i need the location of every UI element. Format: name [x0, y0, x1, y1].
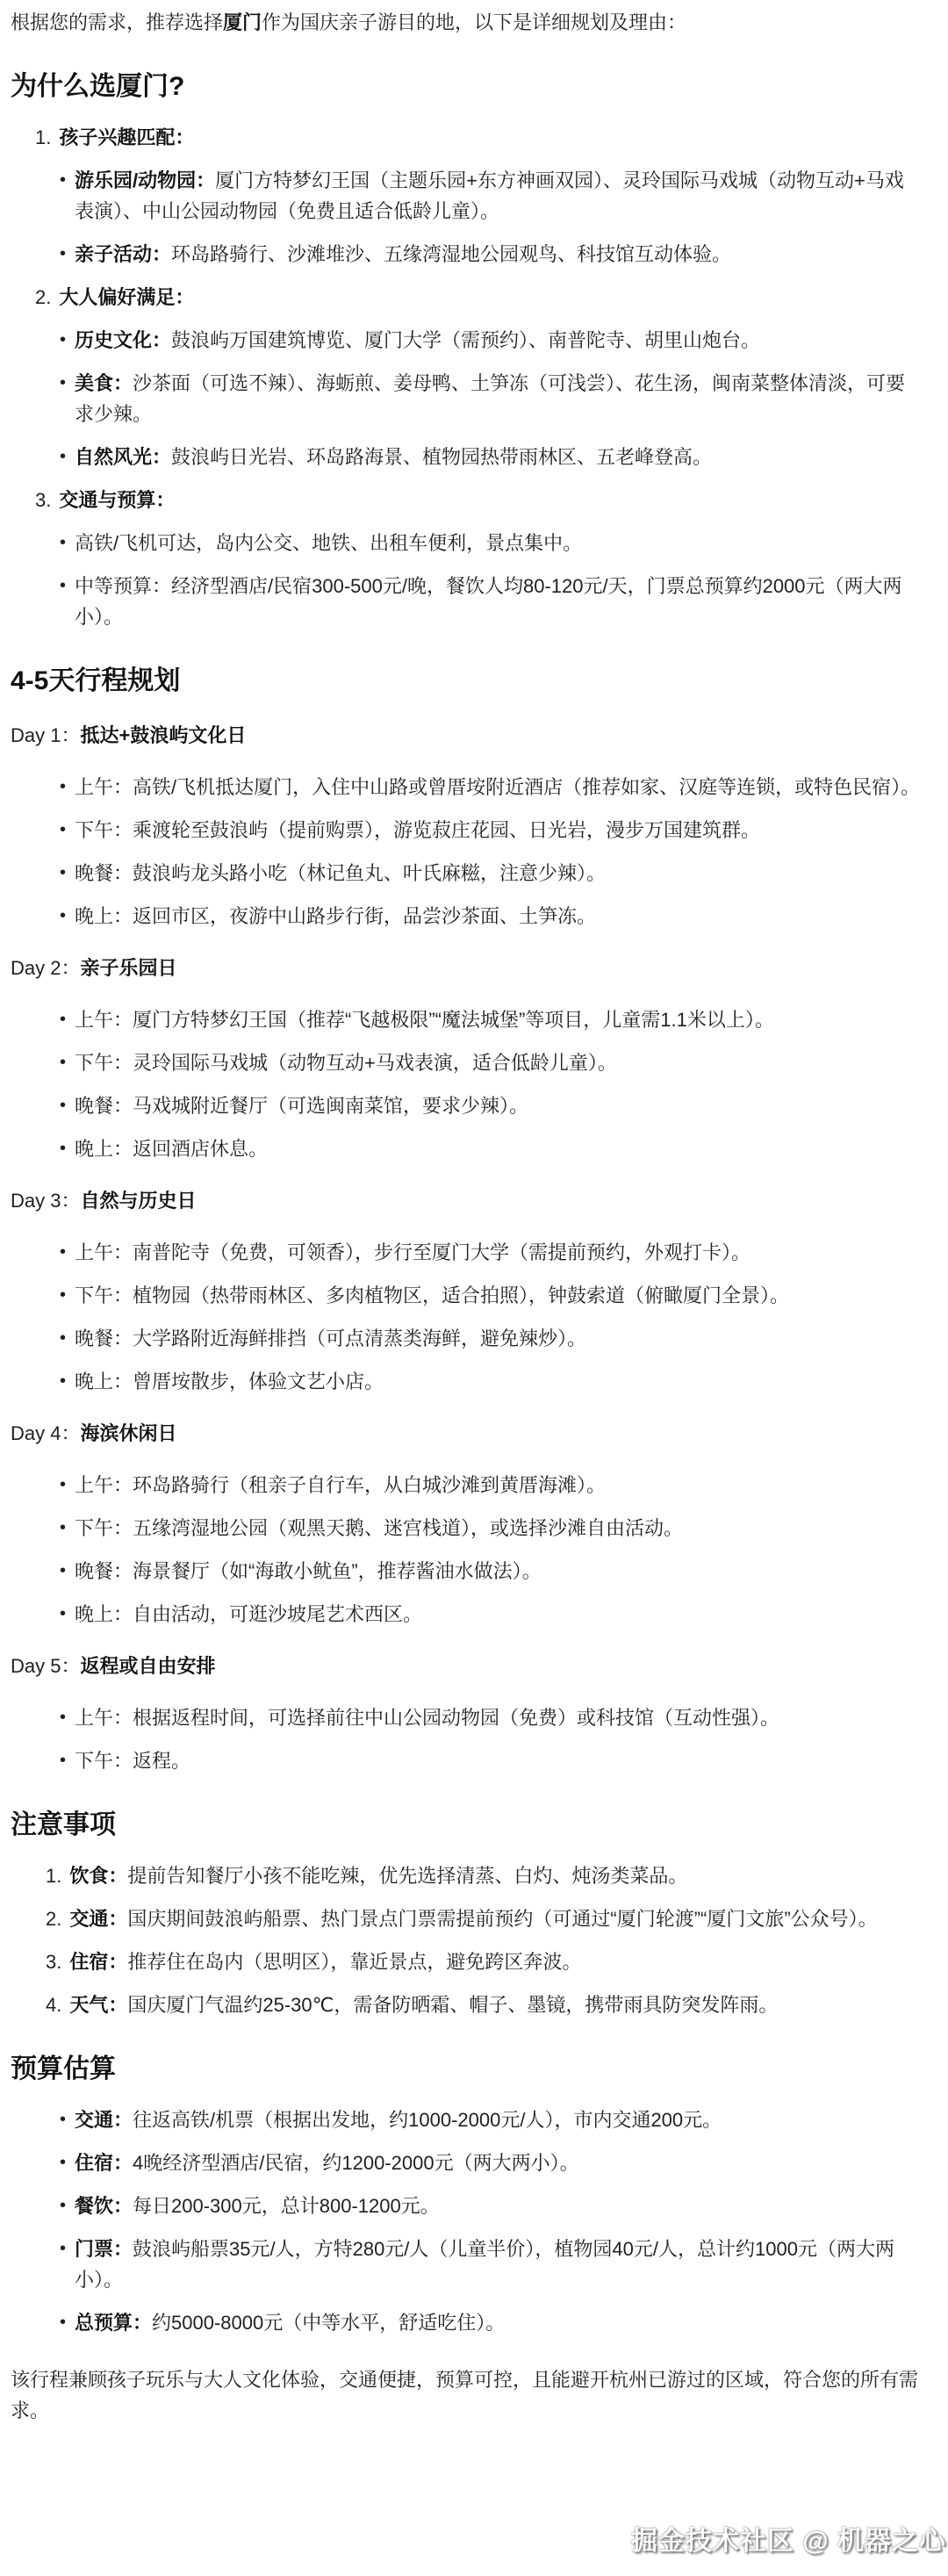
item-number: 1.: [46, 1865, 61, 1887]
why-sublist-2: 历史文化：鼓浪屿万国建筑博览、厦门大学（需预约）、南普陀寺、胡里山炮台。 美食：…: [11, 325, 922, 472]
item-text: 提前告知餐厅小孩不能吃辣，优先选择清蒸、白灼、炖汤类菜品。: [127, 1865, 687, 1887]
list-item-numbered: 1.孩子兴趣匹配：: [11, 122, 922, 153]
item-text: 上午：高铁/飞机抵达厦门，入住中山路或曾厝垵附近酒店（推荐如家、汉庭等连锁，或特…: [75, 776, 920, 798]
item-text: 下午：植物园（热带雨林区、多肉植物区，适合拍照），钟鼓索道（俯瞰厦门全景）。: [75, 1284, 789, 1306]
list-item: 高铁/飞机可达，岛内公交、地铁、出租车便利，景点集中。: [11, 528, 922, 558]
notes-list: 1.饮食：提前告知餐厅小孩不能吃辣，优先选择清蒸、白灼、炖汤类菜品。 2.交通：…: [11, 1860, 922, 2020]
item-text: 晚餐：马戏城附近餐厅（可选闽南菜馆，要求少辣）。: [75, 1095, 528, 1117]
item-text: 上午：根据返程时间，可选择前往中山公园动物园（免费）或科技馆（互动性强）。: [75, 1707, 779, 1729]
list-item: 下午：乘渡轮至鼓浪屿（提前购票），游览菽庄花园、日光岩，漫步万国建筑群。: [11, 815, 922, 845]
day-title: 自然与历史日: [80, 1190, 196, 1212]
list-item: 晚餐：马戏城附近餐厅（可选闽南菜馆，要求少辣）。: [11, 1090, 922, 1121]
list-item: 下午：五缘湾湿地公园（观黑天鹅、迷宫栈道），或选择沙滩自由活动。: [11, 1513, 922, 1543]
item-number: 4.: [46, 1994, 61, 2016]
day-number: Day 5：: [11, 1655, 80, 1677]
item-number: 2.: [46, 1908, 61, 1930]
item-text: 下午：返程。: [75, 1750, 190, 1772]
list-item-numbered: 3.住宿：推荐住在岛内（思明区），靠近景点，避免跨区奔波。: [11, 1946, 922, 1977]
day-block-5: Day 5：返程或自由安排 上午：根据返程时间，可选择前往中山公园动物园（免费）…: [11, 1651, 922, 1776]
budget-list: 交通：往返高铁/机票（根据出发地，约1000-2000元/人），市内交通200元…: [11, 2105, 922, 2338]
list-item: 亲子活动：环岛路骑行、沙滩堆沙、五缘湾湿地公园观鸟、科技馆互动体验。: [11, 239, 922, 270]
list-item: 上午：厦门方特梦幻王国（推荐“飞越极限”“魔法城堡”等项目，儿童需1.1米以上）…: [11, 1004, 922, 1035]
list-item: 住宿：4晚经济型酒店/民宿，约1200-2000元（两大两小）。: [11, 2148, 922, 2178]
item-label: 门票：: [75, 2238, 133, 2260]
section-heading-why: 为什么选厦门?: [11, 69, 922, 104]
item-text: 4晚经济型酒店/民宿，约1200-2000元（两大两小）。: [133, 2152, 579, 2174]
watermark: 掘金技术社区 @ 机器之心: [631, 2526, 946, 2557]
list-item: 晚上：返回市区，夜游中山路步行街，品尝沙茶面、土笋冻。: [11, 901, 922, 932]
item-label: 饮食：: [69, 1865, 127, 1887]
item-label: 住宿：: [69, 1951, 127, 1973]
item-label: 餐饮：: [75, 2195, 133, 2217]
item-number: 3.: [46, 1951, 61, 1973]
list-item: 历史文化：鼓浪屿万国建筑博览、厦门大学（需预约）、南普陀寺、胡里山炮台。: [11, 325, 922, 356]
list-item: 游乐园/动物园：厦门方特梦幻王国（主题乐园+东方神画双园）、灵玲国际马戏城（动物…: [11, 165, 922, 227]
why-sublist-3: 高铁/飞机可达，岛内公交、地铁、出租车便利，景点集中。 中等预算：经济型酒店/民…: [11, 528, 922, 632]
day-block-4: Day 4：海滨休闲日 上午：环岛路骑行（租亲子自行车，从白城沙滩到黄厝海滩）。…: [11, 1418, 922, 1630]
intro-paragraph: 根据您的需求，推荐选择厦门作为国庆亲子游目的地，以下是详细规划及理由：: [11, 7, 922, 38]
item-text: 鼓浪屿船票35元/人，方特280元/人（儿童半价），植物园40元/人，总计约10…: [75, 2238, 894, 2291]
day-bullet-list: 上午：南普陀寺（免费，可领香），步行至厦门大学（需提前预约，外观打卡）。 下午：…: [11, 1237, 922, 1397]
item-text: 下午：乘渡轮至鼓浪屿（提前购票），游览菽庄花园、日光岩，漫步万国建筑群。: [75, 819, 760, 841]
item-label: 历史文化：: [75, 329, 171, 351]
item-text: 上午：环岛路骑行（租亲子自行车，从白城沙滩到黄厝海滩）。: [75, 1474, 606, 1496]
closing-paragraph: 该行程兼顾孩子玩乐与大人文化体验，交通便捷，预算可控，且能避开杭州已游过的区域，…: [11, 2364, 922, 2426]
list-item: 晚餐：大学路附近海鲜排挡（可点清蒸类海鲜，避免辣炒）。: [11, 1323, 922, 1354]
day-number: Day 2：: [11, 957, 80, 979]
section-heading-budget: 预算估算: [11, 2052, 922, 2087]
item-label: 住宿：: [75, 2152, 133, 2174]
item-text: 上午：南普陀寺（免费，可领香），步行至厦门大学（需提前预约，外观打卡）。: [75, 1241, 750, 1263]
day-bullet-list: 上午：高铁/飞机抵达厦门，入住中山路或曾厝垵附近酒店（推荐如家、汉庭等连锁，或特…: [11, 772, 922, 932]
item-label: 总预算：: [75, 2312, 152, 2334]
day-block-3: Day 3：自然与历史日 上午：南普陀寺（免费，可领香），步行至厦门大学（需提前…: [11, 1185, 922, 1397]
list-item: 上午：根据返程时间，可选择前往中山公园动物园（免费）或科技馆（互动性强）。: [11, 1702, 922, 1733]
list-item: 上午：环岛路骑行（租亲子自行车，从白城沙滩到黄厝海滩）。: [11, 1470, 922, 1500]
item-label: 交通：: [75, 2109, 133, 2131]
item-text: 晚上：返回酒店休息。: [75, 1138, 268, 1160]
item-title: 大人偏好满足：: [59, 286, 194, 308]
day-bullet-list: 上午：根据返程时间，可选择前往中山公园动物园（免费）或科技馆（互动性强）。 下午…: [11, 1702, 922, 1776]
list-item-numbered: 4.天气：国庆厦门气温约25-30℃，需备防晒霜、帽子、墨镜，携带雨具防突发阵雨…: [11, 1990, 922, 2020]
item-text: 鼓浪屿日光岩、环岛路海景、植物园热带雨林区、五老峰登高。: [171, 446, 712, 468]
day-block-1: Day 1：抵达+鼓浪屿文化日 上午：高铁/飞机抵达厦门，入住中山路或曾厝垵附近…: [11, 720, 922, 932]
list-item: 餐饮：每日200-300元，总计800-1200元。: [11, 2191, 922, 2221]
item-text: 晚餐：鼓浪屿龙头路小吃（林记鱼丸、叶氏麻糍，注意少辣）。: [75, 862, 606, 884]
list-item: 上午：南普陀寺（免费，可领香），步行至厦门大学（需提前预约，外观打卡）。: [11, 1237, 922, 1268]
item-text: 高铁/飞机可达，岛内公交、地铁、出租车便利，景点集中。: [75, 532, 582, 554]
item-number: 3.: [35, 489, 51, 511]
list-item-numbered: 1.饮食：提前告知餐厅小孩不能吃辣，优先选择清蒸、白灼、炖汤类菜品。: [11, 1860, 922, 1891]
list-item: 晚上：曾厝垵散步，体验文艺小店。: [11, 1366, 922, 1397]
list-item-numbered: 2.交通：国庆期间鼓浪屿船票、热门景点门票需提前预约（可通过“厦门轮渡”“厦门文…: [11, 1903, 922, 1934]
item-label: 亲子活动：: [75, 243, 171, 265]
list-item: 下午：返程。: [11, 1745, 922, 1776]
list-item-numbered: 2.大人偏好满足：: [11, 282, 922, 313]
item-text: 沙茶面（可选不辣）、海蛎煎、姜母鸭、土笋冻（可浅尝）、花生汤，闽南菜整体清淡，可…: [75, 372, 905, 425]
why-list: 1.孩子兴趣匹配： 游乐园/动物园：厦门方特梦幻王国（主题乐园+东方神画双园）、…: [11, 122, 922, 632]
section-heading-notes: 注意事项: [11, 1808, 922, 1843]
list-item: 自然风光：鼓浪屿日光岩、环岛路海景、植物园热带雨林区、五老峰登高。: [11, 442, 922, 472]
intro-text-pre: 根据您的需求，推荐选择: [11, 11, 223, 33]
item-text: 下午：灵玲国际马戏城（动物互动+马戏表演，适合低龄儿童）。: [75, 1052, 617, 1074]
intro-text-post: 作为国庆亲子游目的地，以下是详细规划及理由：: [262, 11, 686, 33]
day-heading: Day 2：亲子乐园日: [11, 953, 922, 983]
item-text: 环岛路骑行、沙滩堆沙、五缘湾湿地公园观鸟、科技馆互动体验。: [171, 243, 731, 265]
list-item: 晚上：返回酒店休息。: [11, 1133, 922, 1164]
item-text: 每日200-300元，总计800-1200元。: [133, 2195, 440, 2217]
day-heading: Day 3：自然与历史日: [11, 1185, 922, 1216]
item-text: 晚餐：大学路附近海鲜排挡（可点清蒸类海鲜，避免辣炒）。: [75, 1328, 586, 1349]
item-text: 往返高铁/机票（根据出发地，约1000-2000元/人），市内交通200元。: [133, 2109, 722, 2131]
day-bullet-list: 上午：环岛路骑行（租亲子自行车，从白城沙滩到黄厝海滩）。 下午：五缘湾湿地公园（…: [11, 1470, 922, 1630]
item-title: 交通与预算：: [59, 489, 175, 511]
day-number: Day 4：: [11, 1422, 80, 1444]
travel-plan-document: 根据您的需求，推荐选择厦门作为国庆亲子游目的地，以下是详细规划及理由： 为什么选…: [0, 0, 948, 2576]
item-text: 中等预算：经济型酒店/民宿300-500元/晚，餐饮人均80-120元/天，门票…: [75, 575, 902, 628]
item-title: 孩子兴趣匹配：: [59, 126, 194, 148]
day-number: Day 1：: [11, 724, 80, 746]
day-heading: Day 1：抵达+鼓浪屿文化日: [11, 720, 922, 751]
list-item: 下午：灵玲国际马戏城（动物互动+马戏表演，适合低龄儿童）。: [11, 1047, 922, 1078]
list-item: 美食：沙茶面（可选不辣）、海蛎煎、姜母鸭、土笋冻（可浅尝）、花生汤，闽南菜整体清…: [11, 368, 922, 429]
list-item: 晚上：自由活动，可逛沙坡尾艺术西区。: [11, 1599, 922, 1630]
day-title: 海滨休闲日: [80, 1422, 176, 1444]
item-text: 鼓浪屿万国建筑博览、厦门大学（需预约）、南普陀寺、胡里山炮台。: [171, 329, 760, 351]
day-bullet-list: 上午：厦门方特梦幻王国（推荐“飞越极限”“魔法城堡”等项目，儿童需1.1米以上）…: [11, 1004, 922, 1164]
list-item: 晚餐：海景餐厅（如“海敢小鱿鱼”，推荐酱油水做法）。: [11, 1556, 922, 1587]
list-item: 中等预算：经济型酒店/民宿300-500元/晚，餐饮人均80-120元/天，门票…: [11, 571, 922, 632]
item-label: 天气：: [69, 1994, 127, 2016]
item-text: 晚上：自由活动，可逛沙坡尾艺术西区。: [75, 1603, 422, 1625]
day-heading: Day 4：海滨休闲日: [11, 1418, 922, 1449]
day-title: 抵达+鼓浪屿文化日: [80, 724, 246, 746]
list-item: 门票：鼓浪屿船票35元/人，方特280元/人（儿童半价），植物园40元/人，总计…: [11, 2234, 922, 2295]
day-heading: Day 5：返程或自由安排: [11, 1651, 922, 1681]
day-title: 返程或自由安排: [80, 1655, 215, 1677]
day-block-2: Day 2：亲子乐园日 上午：厦门方特梦幻王国（推荐“飞越极限”“魔法城堡”等项…: [11, 953, 922, 1164]
list-item-numbered: 3.交通与预算：: [11, 485, 922, 515]
item-text: 国庆期间鼓浪屿船票、热门景点门票需提前预约（可通过“厦门轮渡”“厦门文旅”公众号…: [127, 1908, 877, 1930]
item-text: 上午：厦门方特梦幻王国（推荐“飞越极限”“魔法城堡”等项目，儿童需1.1米以上）…: [75, 1009, 774, 1031]
list-item: 下午：植物园（热带雨林区、多肉植物区，适合拍照），钟鼓索道（俯瞰厦门全景）。: [11, 1280, 922, 1311]
item-label: 游乐园/动物园：: [75, 169, 215, 191]
item-number: 1.: [35, 126, 51, 148]
item-label: 交通：: [69, 1908, 127, 1930]
item-text: 晚餐：海景餐厅（如“海敢小鱿鱼”，推荐酱油水做法）。: [75, 1560, 542, 1582]
day-title: 亲子乐园日: [80, 957, 176, 979]
list-item: 晚餐：鼓浪屿龙头路小吃（林记鱼丸、叶氏麻糍，注意少辣）。: [11, 858, 922, 889]
item-label: 美食：: [75, 372, 133, 394]
why-sublist-1: 游乐园/动物园：厦门方特梦幻王国（主题乐园+东方神画双园）、灵玲国际马戏城（动物…: [11, 165, 922, 270]
section-heading-itinerary: 4-5天行程规划: [11, 664, 922, 699]
list-item: 总预算：约5000-8000元（中等水平，舒适吃住）。: [11, 2307, 922, 2338]
day-number: Day 3：: [11, 1190, 80, 1212]
item-text: 下午：五缘湾湿地公园（观黑天鹅、迷宫栈道），或选择沙滩自由活动。: [75, 1517, 683, 1539]
intro-destination: 厦门: [223, 11, 262, 33]
list-item: 交通：往返高铁/机票（根据出发地，约1000-2000元/人），市内交通200元…: [11, 2105, 922, 2135]
item-text: 国庆厦门气温约25-30℃，需备防晒霜、帽子、墨镜，携带雨具防突发阵雨。: [127, 1994, 778, 2016]
item-text: 推荐住在岛内（思明区），靠近景点，避免跨区奔波。: [127, 1951, 581, 1973]
item-label: 自然风光：: [75, 446, 171, 468]
list-item: 上午：高铁/飞机抵达厦门，入住中山路或曾厝垵附近酒店（推荐如家、汉庭等连锁，或特…: [11, 772, 922, 802]
item-text: 约5000-8000元（中等水平，舒适吃住）。: [152, 2312, 505, 2334]
item-text: 晚上：返回市区，夜游中山路步行街，品尝沙茶面、土笋冻。: [75, 905, 596, 927]
item-text: 晚上：曾厝垵散步，体验文艺小店。: [75, 1371, 384, 1392]
item-number: 2.: [35, 286, 51, 308]
